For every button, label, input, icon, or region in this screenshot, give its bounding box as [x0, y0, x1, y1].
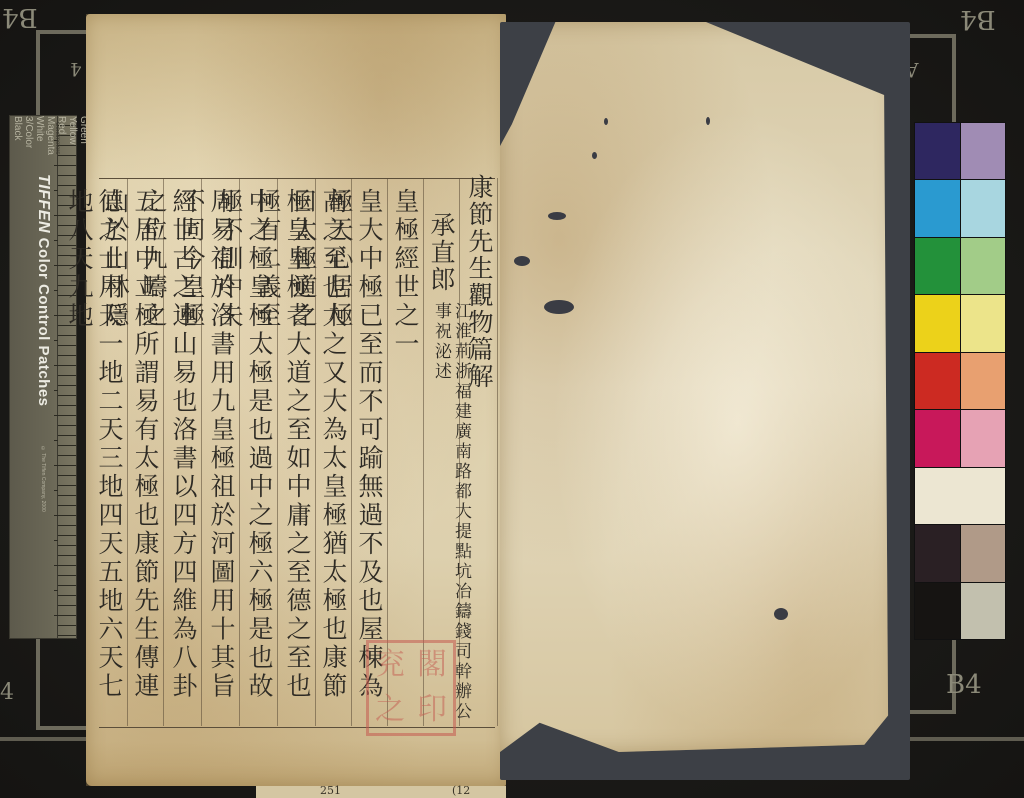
color-label: White	[34, 116, 45, 638]
table-mark-top-right: B4	[960, 4, 996, 34]
column-text: 德之士用天一地二天三地四天五地六天七地八天九地	[94, 188, 124, 726]
column-text: 中之極皇極太極是也過中之極六極是也故極不訓中夫	[244, 188, 274, 726]
wormhole-damage	[548, 212, 566, 220]
patch-three-color-light	[961, 525, 1006, 581]
table-mark-top-left: B4	[2, 2, 38, 32]
column-text: 經世古之連山易也洛書以四方四維為八卦之位九疇之	[168, 188, 198, 726]
text-column: 五居中立極所謂易有太極也康節先生傳連山於山林隱	[126, 178, 164, 726]
seal-char: 兖	[369, 643, 411, 688]
color-label: Magenta	[45, 116, 56, 638]
patch-cyan	[915, 180, 960, 236]
table-mark-top-left-inner: 4	[70, 58, 81, 79]
wormhole-damage	[774, 608, 788, 620]
seal-char: 印	[411, 688, 453, 733]
patch-black	[915, 583, 960, 639]
patch-black-light	[961, 583, 1006, 639]
color-label: 3/Color	[23, 116, 34, 638]
author-rank: 承直郎	[426, 212, 456, 293]
patch-magenta-light	[961, 410, 1006, 466]
text-column: 中之極皇極太極是也過中之極六極是也故極不訓中夫	[240, 178, 278, 726]
text-column: 周易祖於洛書用九皇極祖於河圖用十其旨不同今皇極	[202, 178, 240, 726]
text-column: 德之士用天一地二天三地四天五地六天七地八天九地	[90, 178, 128, 726]
handwritten-mark: 251	[320, 784, 341, 797]
patch-cyan-light	[961, 180, 1006, 236]
patch-blue-light	[961, 123, 1006, 179]
patch-white	[915, 468, 1005, 524]
wormhole-damage	[706, 117, 710, 125]
patch-green	[915, 238, 960, 294]
column-text: 五居中立極所謂易有太極也康節先生傳連山於山林隱	[130, 188, 160, 726]
column-text: 周易祖於洛書用九皇極祖於河圖用十其旨不同今皇極	[206, 188, 236, 726]
underlying-page-strip: 251 (12	[256, 786, 506, 798]
scan-background: B4 4 B4 A B4 4 Centimeters TIFFEN Color …	[0, 0, 1024, 798]
patch-yellow	[915, 295, 960, 351]
patch-yellow-light	[961, 295, 1006, 351]
wormhole-damage	[514, 256, 530, 266]
patch-green-light	[961, 238, 1006, 294]
handwritten-mark: (12	[452, 784, 470, 797]
patch-red-light	[961, 353, 1006, 409]
patch-blue	[915, 123, 960, 179]
column-text: 極皇皇極者大道之至如中庸之至德之至也極有二義至	[282, 188, 312, 726]
table-mark-bottom-left: 4	[0, 680, 14, 705]
wormhole-damage	[604, 118, 608, 125]
column-text: 高之至也大之又大為太皇極猶太極也康節曰太極道之	[318, 188, 348, 726]
stain-top	[86, 14, 506, 179]
red-seal-stamp: 兖 閣 之 印	[366, 640, 456, 736]
seal-char: 之	[369, 688, 411, 733]
stain-bottom	[86, 741, 506, 786]
patch-red	[915, 353, 960, 409]
seal-char: 閣	[411, 643, 453, 688]
text-column: 經世古之連山易也洛書以四方四維為八卦之位九疇之	[164, 178, 202, 726]
patch-three-color	[915, 525, 960, 581]
wormhole-damage	[592, 152, 597, 159]
text-column: 極皇皇極者大道之至如中庸之至德之至也極有二義至	[278, 178, 316, 726]
wormhole-damage	[544, 300, 574, 314]
table-mark-bottom-right: B4	[946, 670, 982, 700]
color-control-patches	[914, 122, 1006, 640]
book-leaf-blank-page	[500, 22, 896, 752]
text-column: 高之至也大之又大為太皇極猶太極也康節曰太極道之	[314, 178, 352, 726]
patch-magenta	[915, 410, 960, 466]
color-label: Black	[12, 116, 23, 638]
section-heading: 皇極經世之一	[390, 188, 420, 359]
